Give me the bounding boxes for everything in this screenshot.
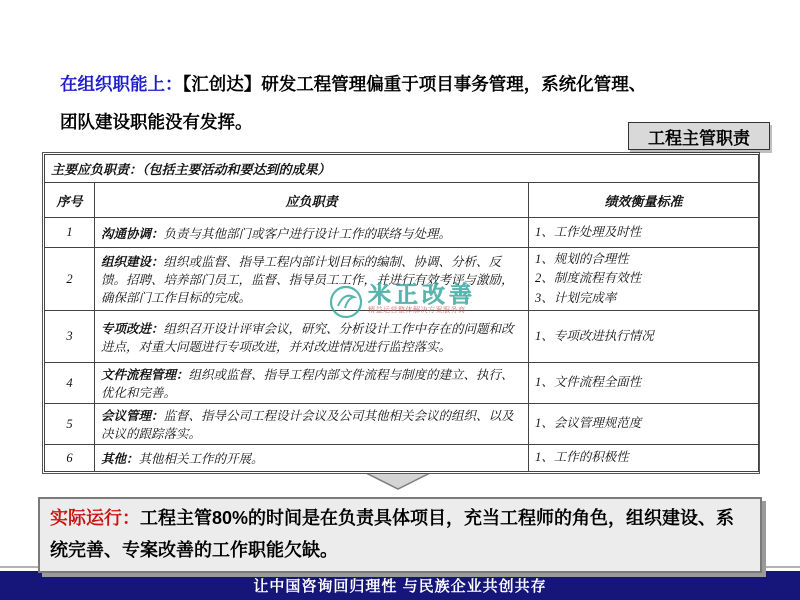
footer-slogan: 让中国咨询回归理性 与民族企业共创共存 bbox=[253, 575, 546, 596]
section-tag-label: 工程主管职责 bbox=[648, 124, 750, 149]
table-header-row: 序号 应负职责 绩效衡量标准 bbox=[45, 183, 759, 218]
row-duty: 沟通协调：负责与其他部门或客户进行设计工作的联络与处理。 bbox=[95, 218, 529, 248]
row-metrics: 1、规划的合理性2、制度流程有效性3、计划完成率 bbox=[529, 248, 759, 311]
conclusion-text: 工程主管80%的时间是在负责具体项目，充当工程师的角色，组织建设、系统完善、专案… bbox=[50, 508, 734, 560]
row-duty: 会议管理：监督、指导公司工程设计会议及公司其他相关会议的组织、以及决议的跟踪落实… bbox=[95, 404, 529, 445]
row-duty-text: 其他相关工作的开展。 bbox=[139, 452, 264, 466]
metric-item: 1、规划的合理性 bbox=[535, 250, 752, 269]
slide-title-rest: 【汇创达】研发工程管理偏重于项目事务管理，系统化管理、 bbox=[183, 74, 647, 94]
row-metrics: 1、工作处理及时性 bbox=[529, 218, 759, 248]
slide-title-highlight: 在组织职能上： bbox=[60, 74, 183, 94]
row-number: 4 bbox=[45, 363, 95, 404]
metric-item: 1、专项改进执行情况 bbox=[535, 327, 752, 346]
table-row: 5会议管理：监督、指导公司工程设计会议及公司其他相关会议的组织、以及决议的跟踪落… bbox=[45, 404, 759, 445]
col-header-metric: 绩效衡量标准 bbox=[529, 183, 759, 218]
duty-table-frame: 主要应负职责：（包括主要活动和要达到的成果） 序号 应负职责 绩效衡量标准 1沟… bbox=[42, 152, 760, 474]
table-row: 3专项改进：组织召开设计评审会议，研究、分析设计工作中存在的问题和改进点，对重大… bbox=[45, 311, 759, 363]
row-metrics: 1、会议管理规范度 bbox=[529, 404, 759, 445]
row-duty-text: 负责与其他部门或客户进行设计工作的联络与处理。 bbox=[164, 227, 452, 241]
table-caption-row: 主要应负职责：（包括主要活动和要达到的成果） bbox=[45, 155, 759, 183]
row-duty-text: 监督、指导公司工程设计会议及公司其他相关会议的组织、以及决议的跟踪落实。 bbox=[101, 409, 514, 441]
row-number: 5 bbox=[45, 404, 95, 445]
col-header-duty: 应负职责 bbox=[95, 183, 529, 218]
row-duty-title: 专项改进： bbox=[101, 322, 164, 336]
metric-item: 1、会议管理规范度 bbox=[535, 414, 752, 433]
row-number: 2 bbox=[45, 248, 95, 311]
row-duty: 专项改进：组织召开设计评审会议，研究、分析设计工作中存在的问题和改进点，对重大问… bbox=[95, 311, 529, 363]
table-row: 6其他：其他相关工作的开展。1、工作的积极性 bbox=[45, 445, 759, 472]
metric-item: 1、工作处理及时性 bbox=[535, 223, 752, 242]
slide-title-line1: 在组织职能上：【汇创达】研发工程管理偏重于项目事务管理，系统化管理、 bbox=[60, 66, 760, 104]
row-duty-title: 其他： bbox=[101, 452, 139, 466]
footer-bar: 让中国咨询回归理性 与民族企业共创共存 bbox=[0, 571, 800, 600]
row-duty: 组织建设：组织或监督、指导工程内部计划目标的编制、协调、分析、反馈。招聘、培养部… bbox=[95, 248, 529, 311]
table-row: 2组织建设：组织或监督、指导工程内部计划目标的编制、协调、分析、反馈。招聘、培养… bbox=[45, 248, 759, 311]
section-tag-box: 工程主管职责 bbox=[628, 122, 770, 150]
table-caption: 主要应负职责：（包括主要活动和要达到的成果） bbox=[45, 155, 759, 183]
row-metrics: 1、专项改进执行情况 bbox=[529, 311, 759, 363]
metric-item: 2、制度流程有效性 bbox=[535, 269, 752, 288]
row-metrics: 1、文件流程全面性 bbox=[529, 363, 759, 404]
metric-item: 1、工作的积极性 bbox=[535, 448, 752, 467]
metric-item: 1、文件流程全面性 bbox=[535, 373, 752, 392]
row-metrics: 1、工作的积极性 bbox=[529, 445, 759, 472]
table-row: 4文件流程管理：组织或监督、指导工程内部文件流程与制度的建立、执行、优化和完善。… bbox=[45, 363, 759, 404]
conclusion-label: 实际运行： bbox=[50, 508, 140, 528]
row-duty: 其他：其他相关工作的开展。 bbox=[95, 445, 529, 472]
row-number: 1 bbox=[45, 218, 95, 248]
row-number: 6 bbox=[45, 445, 95, 472]
row-duty-title: 组织建设： bbox=[101, 255, 164, 269]
row-duty-text: 组织召开设计评审会议，研究、分析设计工作中存在的问题和改进点，对重大问题进行专项… bbox=[101, 322, 514, 354]
duty-table-body: 主要应负职责：（包括主要活动和要达到的成果） 序号 应负职责 绩效衡量标准 1沟… bbox=[45, 155, 759, 472]
conclusion-box: 实际运行：工程主管80%的时间是在负责具体项目，充当工程师的角色，组织建设、系统… bbox=[38, 497, 762, 573]
table-row: 1沟通协调：负责与其他部门或客户进行设计工作的联络与处理。1、工作处理及时性 bbox=[45, 218, 759, 248]
row-duty: 文件流程管理：组织或监督、指导工程内部文件流程与制度的建立、执行、优化和完善。 bbox=[95, 363, 529, 404]
col-header-no: 序号 bbox=[45, 183, 95, 218]
row-duty-title: 沟通协调： bbox=[101, 227, 164, 241]
metric-item: 3、计划完成率 bbox=[535, 289, 752, 308]
row-number: 3 bbox=[45, 311, 95, 363]
duty-table: 主要应负职责：（包括主要活动和要达到的成果） 序号 应负职责 绩效衡量标准 1沟… bbox=[44, 154, 759, 472]
row-duty-title: 会议管理： bbox=[101, 409, 164, 423]
row-duty-title: 文件流程管理： bbox=[101, 368, 189, 382]
row-duty-text: 组织或监督、指导工程内部计划目标的编制、协调、分析、反馈。招聘、培养部门员工，监… bbox=[101, 255, 514, 305]
